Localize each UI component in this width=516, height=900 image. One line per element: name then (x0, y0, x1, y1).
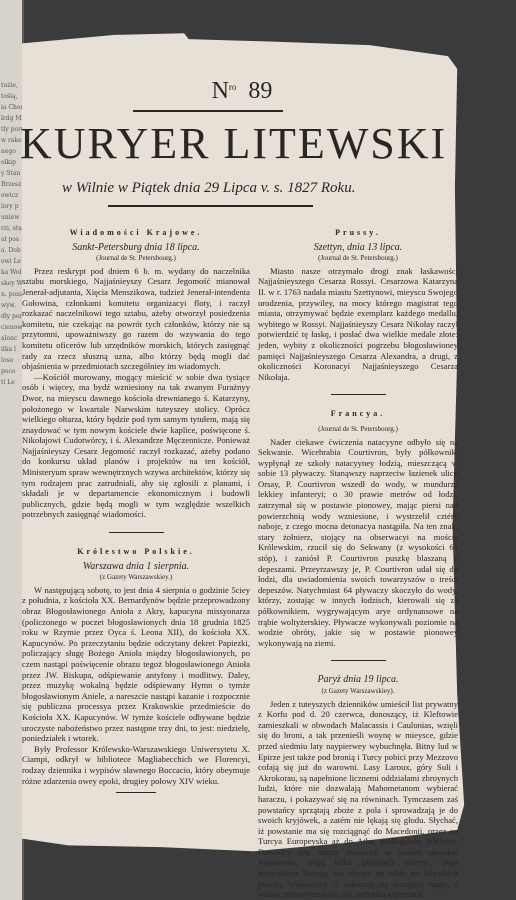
section-divider (331, 660, 386, 661)
section-divider (109, 532, 164, 533)
section-title: Wiadomości Krajowe. (22, 228, 250, 239)
section-title: Francya. (258, 409, 458, 420)
issue-number: Nro 89 (22, 78, 462, 105)
section-source: (z Gazety Warszawskiey). (258, 686, 458, 697)
article-paragraph: Miasto nasze otrzymało drogi znak łaskaw… (258, 266, 458, 383)
section-source: (Journal de St. Petersbourg.) (258, 424, 458, 435)
end-divider (116, 792, 156, 793)
section-title: Prussy. (258, 228, 458, 239)
masthead-rule-top (133, 110, 283, 112)
issue-prefix: N (212, 78, 229, 104)
newspaper-title: KURYER LITEWSKI (20, 118, 447, 169)
section-source: (Journal de St. Petersbourg.) (22, 253, 250, 264)
right-column: Prussy. Szettyn, dnia 13 lipca. (Journal… (258, 228, 458, 900)
section-divider (331, 394, 386, 395)
section-title: Królestwo Polskie. (22, 547, 250, 558)
section-source: (z Gazety Warszawskiey.) (22, 572, 250, 583)
article-paragraph: —Kościół murowany, mogący mieścić w sobi… (22, 372, 250, 520)
section-place: Sankt-Petersburg dnia 18 lipca. (22, 243, 250, 254)
article-paragraph: Były Professor Królewsko-Warszawskiego U… (22, 744, 250, 786)
masthead-rule-bottom (108, 205, 313, 207)
left-column: Wiadomości Krajowe. Sankt-Petersburg dni… (22, 228, 250, 807)
issue-number-value: 89 (248, 78, 272, 104)
issue-prefix-sup: ro (229, 82, 237, 92)
article-paragraph: Jeden z tuteyszych dzienników umieścił l… (258, 699, 458, 900)
article-paragraph: Nader ciekawe ćwiczenia natacyyne odbyło… (258, 437, 458, 649)
section-place: Szettyn, dnia 13 lipca. (258, 243, 458, 254)
section-place: Warszawa dnia 1 sierpnia. (22, 562, 250, 573)
section-place: Paryż dnia 19 lipca. (258, 675, 458, 686)
dateline: w Wilnie w Piątek dnia 29 Lipca v. s. 18… (62, 180, 355, 197)
section-source: (Journal de St. Petersbourg.) (258, 253, 458, 264)
article-paragraph: Przez reskrypt pod dniem 6 b. m. wydany … (22, 266, 250, 372)
article-paragraph: W następującą sobotę, to jest dnia 4 sie… (22, 585, 250, 744)
newspaper-content: Nro 89 KURYER LITEWSKI w Wilnie w Piątek… (22, 0, 485, 900)
